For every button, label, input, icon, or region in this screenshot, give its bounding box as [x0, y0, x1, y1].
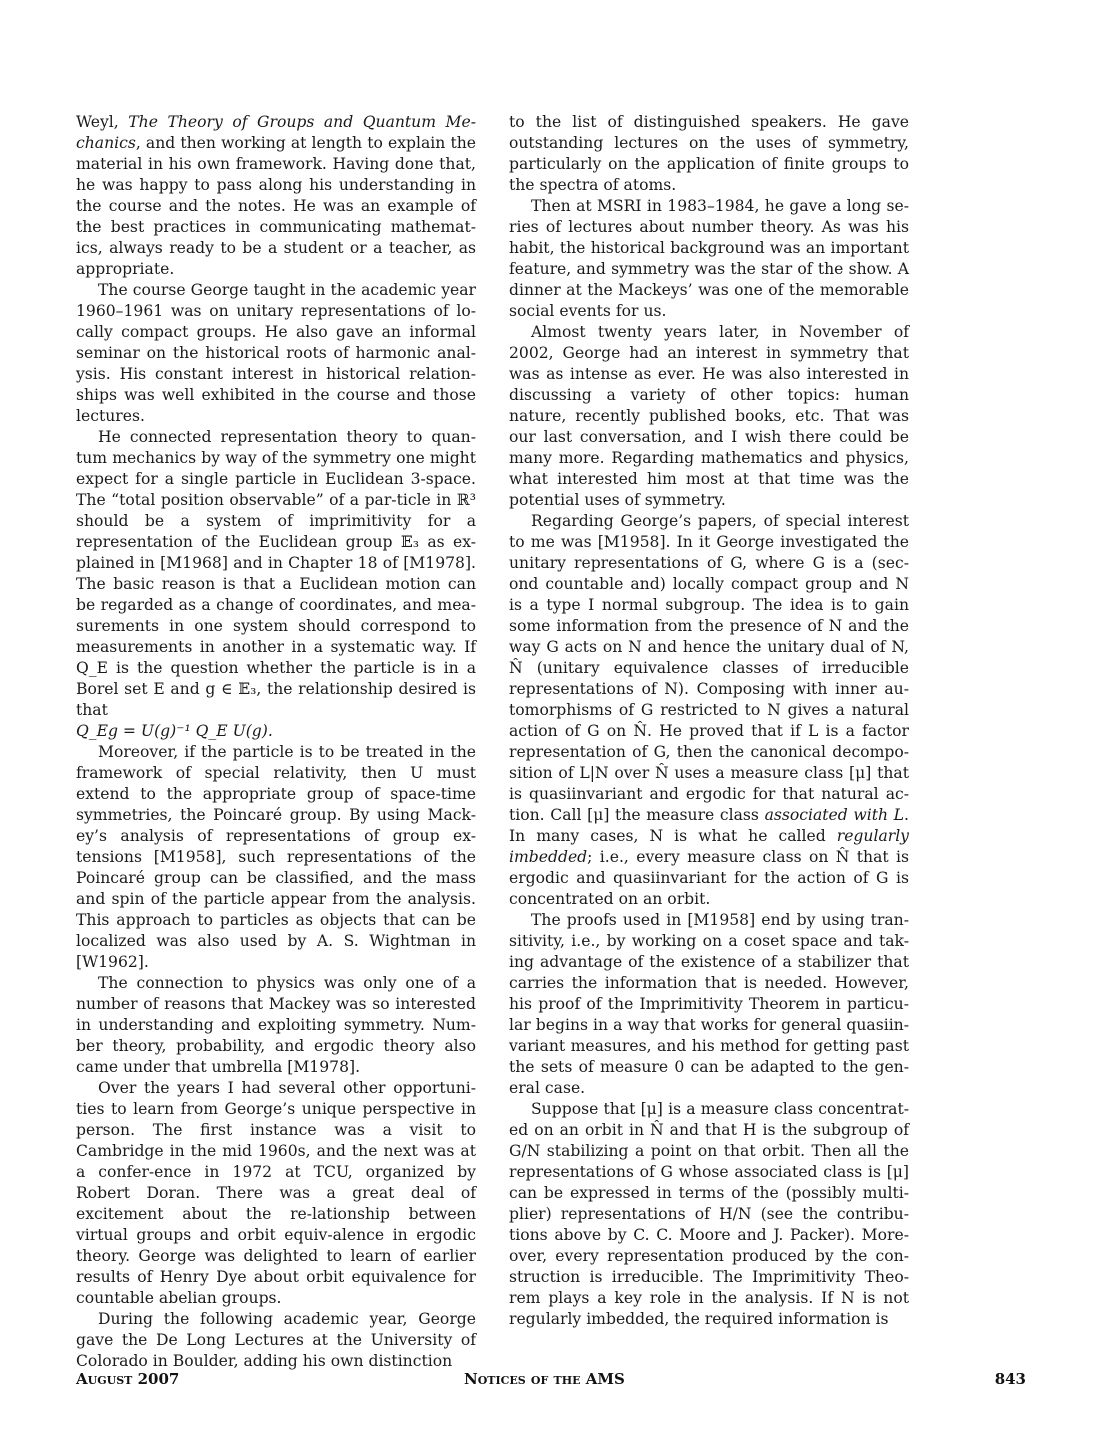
paragraph: He connected representation theory to qu… — [76, 427, 476, 721]
text: , and then working at length to explain … — [76, 134, 476, 278]
text: Regarding George’s papers, of special in… — [509, 512, 909, 824]
text: Weyl, — [76, 113, 128, 131]
journal-name: Notices of the AMS — [464, 1370, 625, 1388]
paragraph: Then at MSRI in 1983–1984, he gave a lon… — [509, 196, 909, 322]
paragraph: During the following academic year, Geor… — [76, 1309, 476, 1372]
left-column: Weyl, The Theory of Groups and Quantum M… — [76, 112, 476, 1372]
paragraph: to the list of distinguished speakers. H… — [509, 112, 909, 196]
paragraph: The proofs used in [M1958] end by using … — [509, 910, 909, 1099]
paragraph: The course George taught in the academic… — [76, 280, 476, 427]
page-footer: August 2007 Notices of the AMS 843 — [76, 1370, 1026, 1394]
paragraph: The connection to physics was only one o… — [76, 973, 476, 1078]
paragraph: Suppose that [μ] is a measure class conc… — [509, 1099, 909, 1330]
italic-term: associated with L — [765, 806, 904, 824]
journal-page: Weyl, The Theory of Groups and Quantum M… — [0, 0, 1100, 1433]
paragraph: Regarding George’s papers, of special in… — [509, 511, 909, 910]
equation: Q_Eg = U(g)⁻¹ Q_E U(g). — [76, 721, 476, 742]
page-number: 843 — [995, 1370, 1026, 1388]
issue-date: August 2007 — [76, 1370, 179, 1388]
right-column: to the list of distinguished speakers. H… — [509, 112, 909, 1330]
paragraph: Weyl, The Theory of Groups and Quantum M… — [76, 112, 476, 280]
paragraph: Over the years I had several other oppor… — [76, 1078, 476, 1309]
paragraph: Moreover, if the particle is to be treat… — [76, 742, 476, 973]
paragraph: Almost twenty years later, in November o… — [509, 322, 909, 511]
